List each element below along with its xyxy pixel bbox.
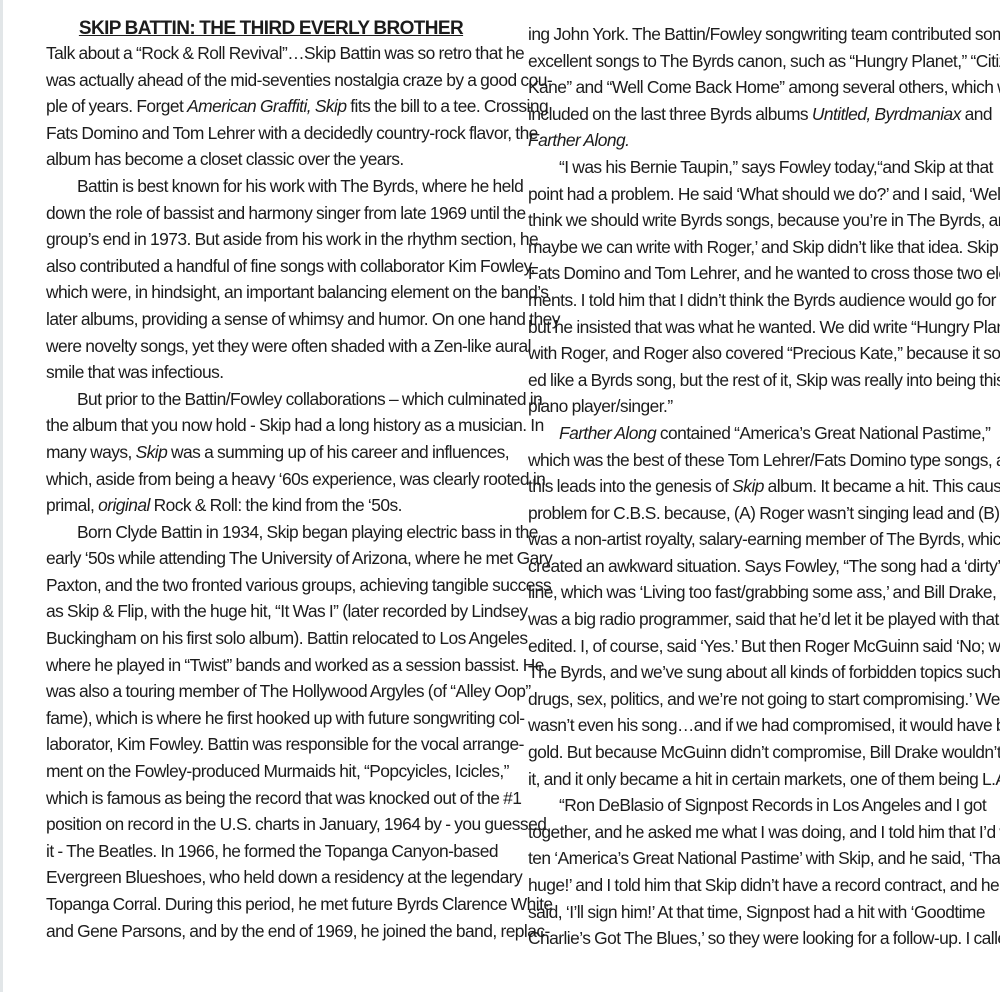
text-line: Talk about a “Rock & Roll Revival”…Skip …: [46, 40, 496, 67]
right-column-body: ing John York. The Battin/Fowley songwri…: [528, 21, 985, 952]
text-line: said, ‘I’ll sign him!’ At that time, Sig…: [528, 899, 985, 926]
right_column-paragraph: Farther Along contained “America’s Great…: [528, 420, 985, 792]
left-column-body: Talk about a “Rock & Roll Revival”…Skip …: [46, 40, 496, 944]
text-line: ed like a Byrds song, but the rest of it…: [528, 367, 985, 394]
text-line: Topanga Corral. During this period, he m…: [46, 891, 496, 918]
left_column-paragraph: Battin is best known for his work with T…: [46, 173, 496, 386]
text-line: down the role of bassist and harmony sin…: [46, 200, 496, 227]
text-line: included on the last three Byrds albums …: [528, 101, 985, 128]
text-line: Kane” and “Well Come Back Home” among se…: [528, 74, 985, 101]
text-line: huge!’ and I told him that Skip didn’t h…: [528, 872, 985, 899]
text-line: early ‘50s while attending The Universit…: [46, 545, 496, 572]
text-line: the album that you now hold - Skip had a…: [46, 412, 496, 439]
text-line: later albums, providing a sense of whims…: [46, 306, 496, 333]
text-line: maybe we can write with Roger,’ and Skip…: [528, 234, 985, 261]
text-line: Battin is best known for his work with T…: [46, 173, 496, 200]
text-line: Farther Along contained “America’s Great…: [528, 420, 985, 447]
text-line: excellent songs to The Byrds canon, such…: [528, 48, 985, 75]
text-line: was also a touring member of The Hollywo…: [46, 678, 496, 705]
text-line: also contributed a handful of fine songs…: [46, 253, 496, 280]
text-line: this leads into the genesis of Skip albu…: [528, 473, 985, 500]
text-line: fame), which is where he first hooked up…: [46, 705, 496, 732]
article-title: SKIP BATTIN: THE THIRD EVERLY BROTHER: [46, 17, 496, 40]
text-line: Fats Domino and Tom Lehrer, and he wante…: [528, 260, 985, 287]
text-line: Farther Along.: [528, 127, 985, 154]
left_column-paragraph: Talk about a “Rock & Roll Revival”…Skip …: [46, 40, 496, 173]
text-line: was actually ahead of the mid-seventies …: [46, 67, 496, 94]
text-line: primal, original Rock & Roll: the kind f…: [46, 492, 496, 519]
text-line: together, and he asked me what I was doi…: [528, 819, 985, 846]
text-line: The Byrds, and we’ve sung about all kind…: [528, 659, 985, 686]
text-line: ten ‘America’s Great National Pastime’ w…: [528, 845, 985, 872]
text-line: think we should write Byrds songs, becau…: [528, 207, 985, 234]
text-line: album has become a closet classic over t…: [46, 146, 496, 173]
text-line: “Ron DeBlasio of Signpost Records in Los…: [528, 792, 985, 819]
text-line: was a non-artist royalty, salary-earning…: [528, 526, 985, 553]
text-line: piano player/singer.”: [528, 393, 985, 420]
text-line: which, aside from being a heavy ‘60s exp…: [46, 466, 496, 493]
text-line: wasn’t even his song…and if we had compr…: [528, 712, 985, 739]
text-line: was a big radio programmer, said that he…: [528, 606, 985, 633]
text-line: which is famous as being the record that…: [46, 785, 496, 812]
text-line: smile that was infectious.: [46, 359, 496, 386]
text-line: with Roger, and Roger also covered “Prec…: [528, 340, 985, 367]
right_column-paragraph: “Ron DeBlasio of Signpost Records in Los…: [528, 792, 985, 952]
text-line: but he insisted that was what he wanted.…: [528, 314, 985, 341]
text-line: line, which was ‘Living too fast/grabbin…: [528, 579, 985, 606]
left_column-paragraph: Born Clyde Battin in 1934, Skip began pl…: [46, 519, 496, 945]
text-line: which were, in hindsight, an important b…: [46, 279, 496, 306]
text-line: Fats Domino and Tom Lehrer with a decide…: [46, 120, 496, 147]
right_column-paragraph: ing John York. The Battin/Fowley songwri…: [528, 21, 985, 154]
text-line: position on record in the U.S. charts in…: [46, 811, 496, 838]
text-line: ment on the Fowley-produced Murmaids hit…: [46, 758, 496, 785]
text-line: Paxton, and the two fronted various grou…: [46, 572, 496, 599]
text-line: where he played in “Twist” bands and wor…: [46, 652, 496, 679]
text-line: were novelty songs, yet they were often …: [46, 333, 496, 360]
text-line: created an awkward situation. Says Fowle…: [528, 553, 985, 580]
text-line: group’s end in 1973. But aside from his …: [46, 226, 496, 253]
text-line: problem for C.B.S. because, (A) Roger wa…: [528, 500, 985, 527]
text-line: “I was his Bernie Taupin,” says Fowley t…: [528, 154, 985, 181]
left_column-paragraph: But prior to the Battin/Fowley collabora…: [46, 386, 496, 519]
text-line: Charlie’s Got The Blues,’ so they were l…: [528, 925, 985, 952]
right-column: ing John York. The Battin/Fowley songwri…: [528, 21, 985, 952]
text-line: gold. But because McGuinn didn’t comprom…: [528, 739, 985, 766]
text-line: Born Clyde Battin in 1934, Skip began pl…: [46, 519, 496, 546]
text-line: edited. I, of course, said ‘Yes.’ But th…: [528, 633, 985, 660]
text-line: ments. I told him that I didn’t think th…: [528, 287, 985, 314]
text-line: which was the best of these Tom Lehrer/F…: [528, 447, 985, 474]
text-line: ing John York. The Battin/Fowley songwri…: [528, 21, 985, 48]
text-line: laborator, Kim Fowley. Battin was respon…: [46, 731, 496, 758]
right_column-paragraph: “I was his Bernie Taupin,” says Fowley t…: [528, 154, 985, 420]
text-line: Buckingham on his first solo album). Bat…: [46, 625, 496, 652]
text-line: as Skip & Flip, with the huge hit, “It W…: [46, 598, 496, 625]
text-line: ple of years. Forget American Graffiti, …: [46, 93, 496, 120]
text-line: it, and it only became a hit in certain …: [528, 766, 985, 793]
text-line: it - The Beatles. In 1966, he formed the…: [46, 838, 496, 865]
text-line: and Gene Parsons, and by the end of 1969…: [46, 918, 496, 945]
text-line: drugs, sex, politics, and we’re not goin…: [528, 686, 985, 713]
page-edge: [0, 0, 3, 992]
left-column: SKIP BATTIN: THE THIRD EVERLY BROTHER Ta…: [46, 17, 496, 944]
text-line: But prior to the Battin/Fowley collabora…: [46, 386, 496, 413]
text-line: many ways, Skip was a summing up of his …: [46, 439, 496, 466]
text-line: Evergreen Blueshoes, who held down a res…: [46, 864, 496, 891]
text-line: point had a problem. He said ‘What shoul…: [528, 181, 985, 208]
